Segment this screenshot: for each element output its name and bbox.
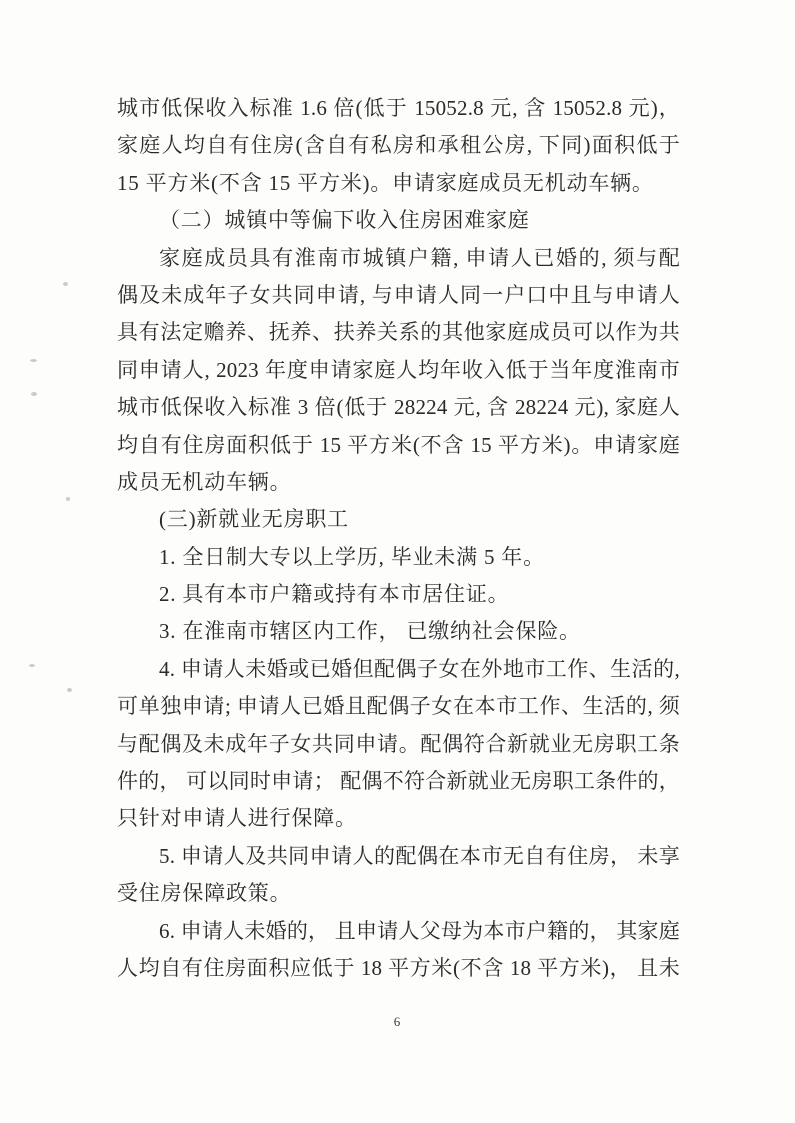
text-line: 成员无机动车辆。 <box>117 464 680 501</box>
text-line: 2. 具有本市户籍或持有本市居住证。 <box>117 576 680 613</box>
scan-speck <box>63 282 68 286</box>
document-page: 城市低保收入标准 1.6 倍(低于 15052.8 元, 含 15052.8 元… <box>0 0 795 1123</box>
text-line: (三)新就业无房职工 <box>117 501 680 538</box>
scan-speck <box>66 497 70 501</box>
text-line: 件的， 可以同时申请； 配偶不符合新就业无房职工条件的， <box>117 763 680 800</box>
text-line: 与配偶及未成年子女共同申请。配偶符合新就业无房职工条 <box>117 726 680 763</box>
text-line: 人均自有住房面积应低于 18 平方米(不含 18 平方米)， 且未 <box>117 950 680 987</box>
text-line: 5. 申请人及共同申请人的配偶在本市无自有住房， 未享 <box>117 838 680 875</box>
text-line: 城市低保收入标准 3 倍(低于 28224 元, 含 28224 元), 家庭人 <box>117 389 680 426</box>
document-body: 城市低保收入标准 1.6 倍(低于 15052.8 元, 含 15052.8 元… <box>117 90 680 987</box>
scan-speck <box>67 688 72 692</box>
text-line: 同申请人, 2023 年度申请家庭人均年收入低于当年度淮南市 <box>117 352 680 389</box>
text-line: 1. 全日制大专以上学历, 毕业未满 5 年。 <box>117 539 680 576</box>
scan-speck <box>29 664 35 667</box>
text-line: 偶及未成年子女共同申请, 与申请人同一户口中且与申请人 <box>117 277 680 314</box>
text-line: 受住房保障政策。 <box>117 875 680 912</box>
text-line: （二）城镇中等偏下收入住房困难家庭 <box>117 202 680 239</box>
text-line: 可单独申请; 申请人已婚且配偶子女在本市工作、生活的, 须 <box>117 688 680 725</box>
text-line: 家庭人均自有住房(含自有私房和承租公房, 下同)面积低于 <box>117 127 680 164</box>
scan-speck <box>30 359 37 362</box>
text-line: 家庭成员具有淮南市城镇户籍, 申请人已婚的, 须与配 <box>117 240 680 277</box>
page-number: 6 <box>0 1014 795 1030</box>
text-line: 15 平方米(不含 15 平方米)。申请家庭成员无机动车辆。 <box>117 165 680 202</box>
text-line: 均自有住房面积低于 15 平方米(不含 15 平方米)。申请家庭 <box>117 427 680 464</box>
text-line: 4. 申请人未婚或已婚但配偶子女在外地市工作、生活的, <box>117 651 680 688</box>
scan-speck <box>31 392 37 396</box>
text-line: 6. 申请人未婚的， 且申请人父母为本市户籍的， 其家庭 <box>117 913 680 950</box>
text-line: 城市低保收入标准 1.6 倍(低于 15052.8 元, 含 15052.8 元… <box>117 90 680 127</box>
text-line: 具有法定赡养、抚养、扶养关系的其他家庭成员可以作为共 <box>117 314 680 351</box>
text-line: 只针对申请人进行保障。 <box>117 800 680 837</box>
text-line: 3. 在淮南市辖区内工作， 已缴纳社会保险。 <box>117 613 680 650</box>
